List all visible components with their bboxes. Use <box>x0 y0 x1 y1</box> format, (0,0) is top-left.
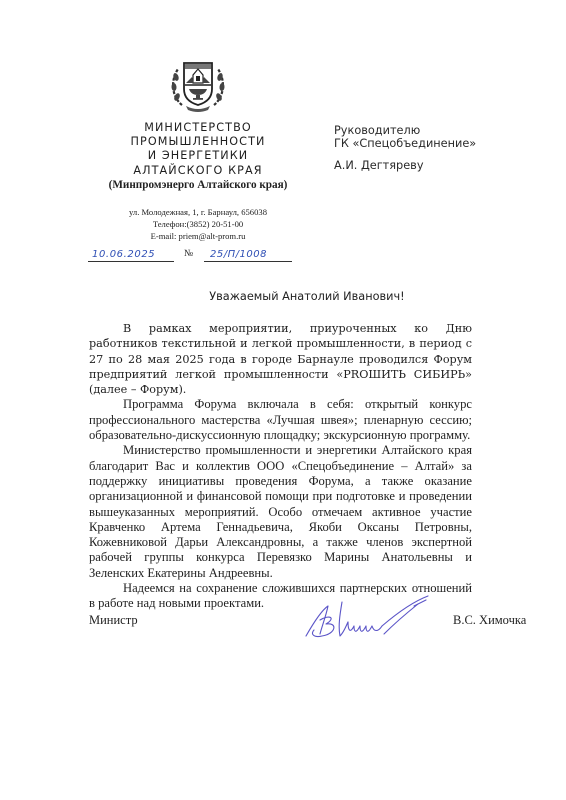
addressee-position: Руководителю ГК «Спецобъединение» <box>334 124 476 150</box>
org-phone: Телефон:(3852) 20-51-00 <box>78 218 318 230</box>
signature-icon <box>300 592 450 642</box>
salutation: Уважаемый Анатолий Иванович! <box>0 290 566 303</box>
org-email: E-mail: priem@alt-prom.ru <box>78 230 318 242</box>
org-contacts: ул. Молодежная, 1, г. Барнаул, 656038 Те… <box>78 206 318 242</box>
body-paragraph: Программа Форума включала в себя: открыт… <box>89 397 472 443</box>
body-paragraph: В рамках мероприятии, приуроченных ко Дн… <box>89 321 472 397</box>
org-name-line: ПРОМЫШЛЕННОСТИ <box>78 135 318 149</box>
letter-body: В рамках мероприятии, приуроченных ко Дн… <box>89 321 472 612</box>
registration-number-label: № <box>184 249 193 259</box>
org-name-line: И ЭНЕРГЕТИКИ <box>78 149 318 163</box>
coat-of-arms-emblem <box>168 55 228 113</box>
body-paragraph: Министерство промышленности и энергетики… <box>89 443 472 581</box>
altai-krai-coat-of-arms-icon <box>168 55 228 113</box>
addressee-name: А.И. Дегтяреву <box>334 159 424 172</box>
addressee-company-line: ГК «Спецобъединение» <box>334 137 476 150</box>
registration-row: 10.06.2025 № 25/П/1008 <box>86 246 296 266</box>
org-name-line: АЛТАЙСКОГО КРАЯ <box>78 164 318 178</box>
org-short-name: (Минпромэнерго Алтайского края) <box>78 178 318 192</box>
organization-header: МИНИСТЕРСТВО ПРОМЫШЛЕННОСТИ И ЭНЕРГЕТИКИ… <box>78 121 318 192</box>
org-address: ул. Молодежная, 1, г. Барнаул, 656038 <box>78 206 318 218</box>
signatory-title: Министр <box>89 613 138 628</box>
registration-number: 25/П/1008 <box>204 248 292 262</box>
addressee-position-line: Руководителю <box>334 124 476 137</box>
org-name-line: МИНИСТЕРСТВО <box>78 121 318 135</box>
signatory-name: В.С. Химочка <box>453 613 526 628</box>
registration-date: 10.06.2025 <box>88 248 174 262</box>
handwritten-signature <box>300 592 450 642</box>
